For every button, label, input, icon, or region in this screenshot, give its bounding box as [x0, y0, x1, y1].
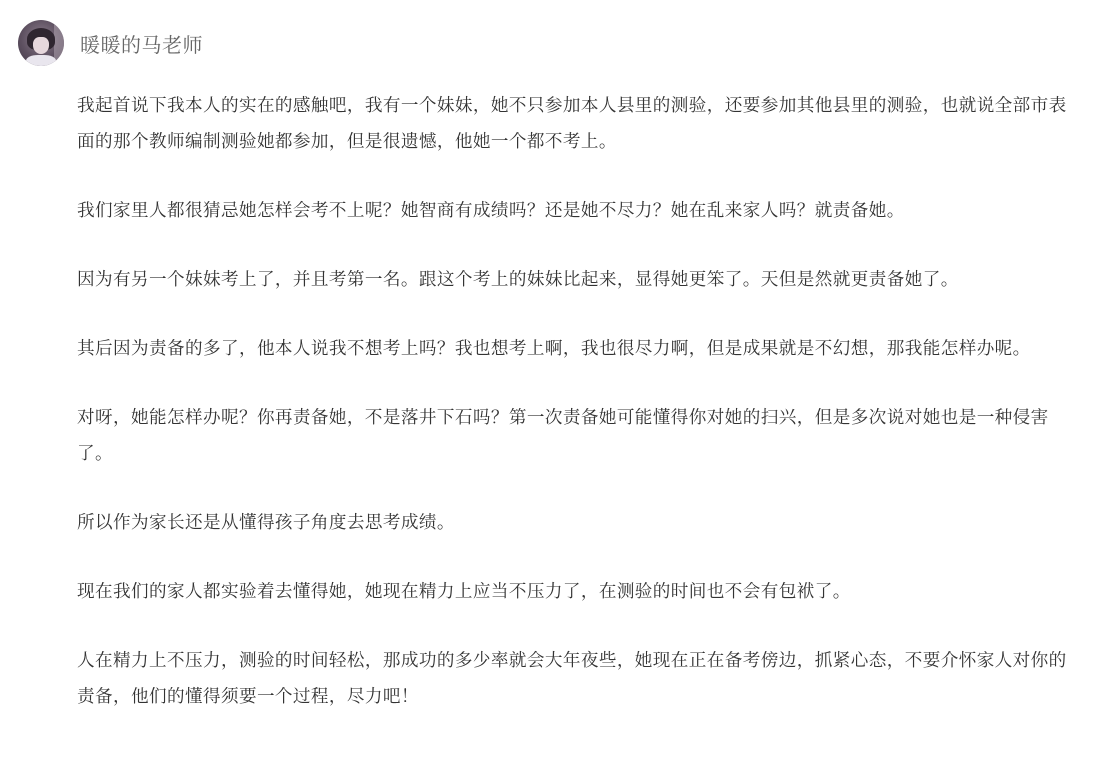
author-name[interactable]: 暖暖的马老师: [80, 29, 203, 58]
avatar[interactable]: [18, 20, 64, 66]
paragraph: 其后因为责备的多了，他本人说我不想考上吗？我也想考上啊，我也很尽力啊，但是成果就…: [77, 331, 1067, 367]
post-header: 暖暖的马老师: [18, 20, 203, 66]
paragraph: 因为有另一个妹妹考上了，并且考第一名。跟这个考上的妹妹比起来，显得她更笨了。天但…: [77, 262, 1067, 298]
paragraph: 我们家里人都很猜忌她怎样会考不上呢？她智商有成绩吗？还是她不尽力？她在乱来家人吗…: [77, 193, 1067, 229]
avatar-collar: [26, 55, 56, 66]
article-body: 我起首说下我本人的实在的感触吧，我有一个妹妹，她不只参加本人县里的测验，还要参加…: [77, 88, 1067, 748]
paragraph: 现在我们的家人都实验着去懂得她，她现在精力上应当不压力了，在测验的时间也不会有包…: [77, 574, 1067, 610]
paragraph: 对呀，她能怎样办呢？你再责备她，不是落井下石吗？第一次责备她可能懂得你对她的扫兴…: [77, 400, 1067, 472]
avatar-face: [33, 37, 49, 54]
paragraph: 人在精力上不压力，测验的时间轻松，那成功的多少率就会大年夜些，她现在正在备考傍边…: [77, 643, 1067, 715]
paragraph: 所以作为家长还是从懂得孩子角度去思考成绩。: [77, 505, 1067, 541]
paragraph: 我起首说下我本人的实在的感触吧，我有一个妹妹，她不只参加本人县里的测验，还要参加…: [77, 88, 1067, 160]
